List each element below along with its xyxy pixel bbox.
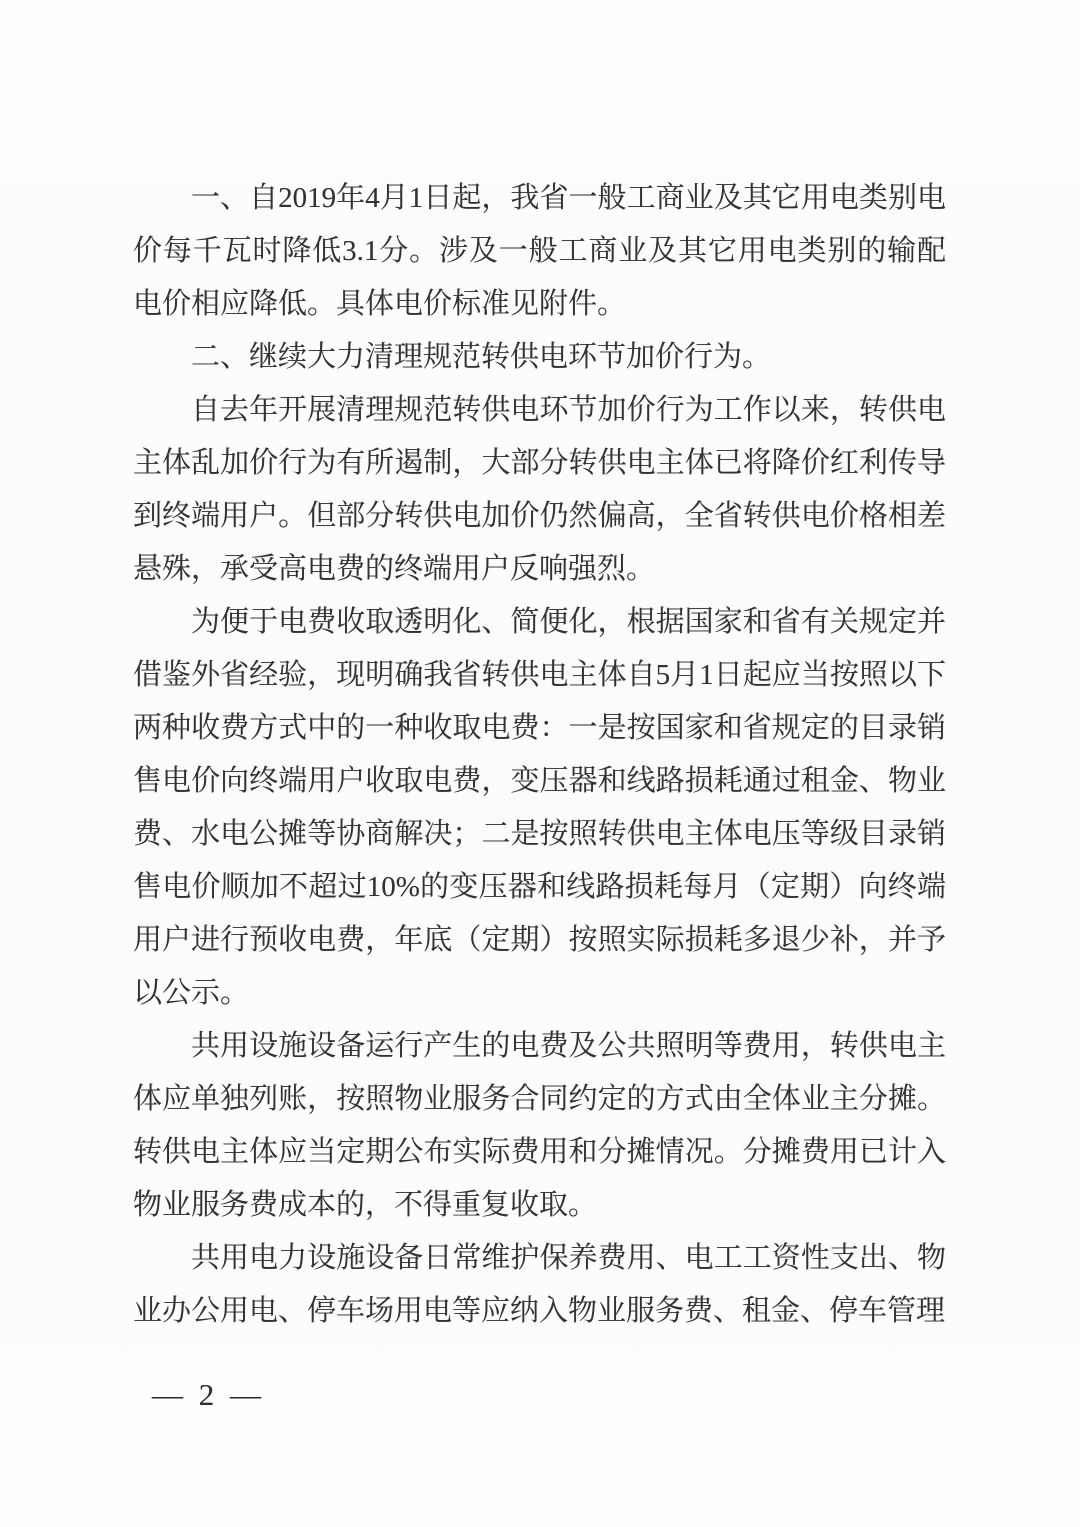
paragraph-section-two-heading: 二、继续大力清理规范转供电环节加价行为。 xyxy=(133,331,946,384)
paragraph-cleanup-progress: 自去年开展清理规范转供电环节加价行为工作以来，转供电主体乱加价行为有所遏制，大部… xyxy=(133,384,946,596)
page-number: — 2 — xyxy=(152,1372,265,1418)
document-text-block: 一、自2019年4月1日起，我省一般工商业及其它用电类别电价每千瓦时降低3.1分… xyxy=(133,172,946,1338)
paragraph-fee-collection-methods: 为便于电费收取透明化、简便化，根据国家和省有关规定并借鉴外省经验，现明确我省转供… xyxy=(133,596,946,1020)
paragraph-price-reduction: 一、自2019年4月1日起，我省一般工商业及其它用电类别电价每千瓦时降低3.1分… xyxy=(133,172,946,331)
paragraph-shared-facility-fees: 共用设施设备运行产生的电费及公共照明等费用，转供电主体应单独列账，按照物业服务合… xyxy=(133,1020,946,1232)
scanned-document-page: 一、自2019年4月1日起，我省一般工商业及其它用电类别电价每千瓦时降低3.1分… xyxy=(0,0,1080,1527)
paragraph-maintenance-costs: 共用电力设施设备日常维护保养费用、电工工资性支出、物业办公用电、停车场用电等应纳… xyxy=(133,1232,946,1338)
